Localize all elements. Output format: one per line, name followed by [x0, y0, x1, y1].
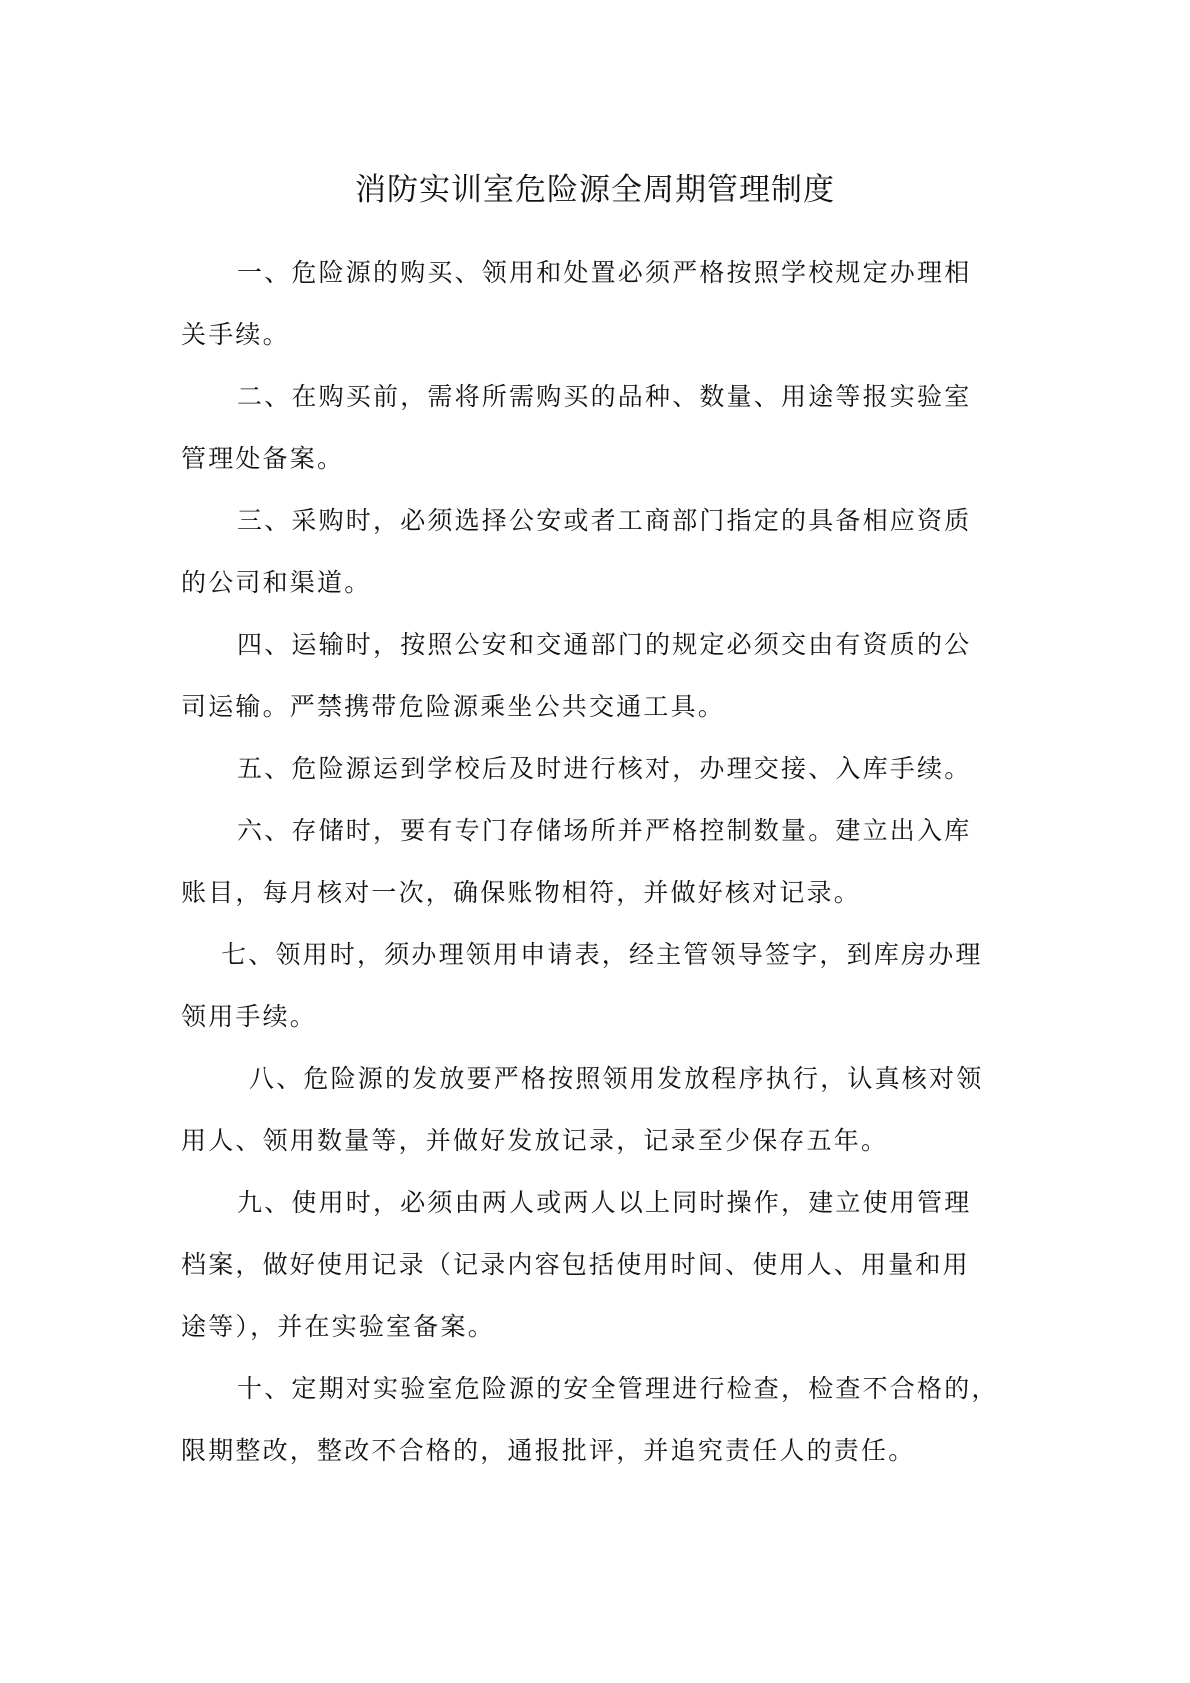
clause-4: 四、运输时，按照公安和交通部门的规定必须交由有资质的公 司运输。严禁携带危险源乘…	[181, 614, 1011, 738]
clause-10-line-1: 十、定期对实验室危险源的安全管理进行检查，检查不合格的，	[181, 1358, 1011, 1420]
clause-8: 八、危险源的发放要严格按照领用发放程序执行，认真核对领 用人、领用数量等，并做好…	[181, 1048, 1011, 1172]
clause-6-line-2: 账目，每月核对一次，确保账物相符，并做好核对记录。	[181, 862, 1011, 924]
clause-10: 十、定期对实验室危险源的安全管理进行检查，检查不合格的， 限期整改，整改不合格的…	[181, 1358, 1011, 1482]
clause-5: 五、危险源运到学校后及时进行核对，办理交接、入库手续。	[181, 738, 1011, 800]
clause-1: 一、危险源的购买、领用和处置必须严格按照学校规定办理相 关手续。	[181, 242, 1011, 366]
clause-2-line-1: 二、在购买前，需将所需购买的品种、数量、用途等报实验室	[181, 366, 1011, 428]
clause-2-line-2: 管理处备案。	[181, 428, 1011, 490]
document-page: 消防实训室危险源全周期管理制度 一、危险源的购买、领用和处置必须严格按照学校规定…	[0, 0, 1190, 1683]
clause-9-line-3: 途等），并在实验室备案。	[181, 1296, 1011, 1358]
document-body: 一、危险源的购买、领用和处置必须严格按照学校规定办理相 关手续。 二、在购买前，…	[181, 242, 1011, 1482]
clause-3-line-2: 的公司和渠道。	[181, 552, 1011, 614]
clause-7: 七、领用时，须办理领用申请表，经主管领导签字，到库房办理 领用手续。	[181, 924, 1011, 1048]
clause-6-line-1: 六、存储时，要有专门存储场所并严格控制数量。建立出入库	[181, 800, 1011, 862]
clause-4-line-2: 司运输。严禁携带危险源乘坐公共交通工具。	[181, 676, 1011, 738]
clause-3: 三、采购时，必须选择公安或者工商部门指定的具备相应资质 的公司和渠道。	[181, 490, 1011, 614]
clause-1-line-2: 关手续。	[181, 304, 1011, 366]
clause-5-line-1: 五、危险源运到学校后及时进行核对，办理交接、入库手续。	[181, 738, 1011, 800]
clause-8-line-2: 用人、领用数量等，并做好发放记录，记录至少保存五年。	[181, 1110, 1011, 1172]
clause-9-line-2: 档案，做好使用记录（记录内容包括使用时间、使用人、用量和用	[181, 1234, 1011, 1296]
clause-6: 六、存储时，要有专门存储场所并严格控制数量。建立出入库 账目，每月核对一次，确保…	[181, 800, 1011, 924]
clause-8-line-1: 八、危险源的发放要严格按照领用发放程序执行，认真核对领	[181, 1048, 1011, 1110]
clause-4-line-1: 四、运输时，按照公安和交通部门的规定必须交由有资质的公	[181, 614, 1011, 676]
clause-10-line-2: 限期整改，整改不合格的，通报批评，并追究责任人的责任。	[181, 1420, 1011, 1482]
clause-7-line-2: 领用手续。	[181, 986, 1011, 1048]
clause-3-line-1: 三、采购时，必须选择公安或者工商部门指定的具备相应资质	[181, 490, 1011, 552]
document-title: 消防实训室危险源全周期管理制度	[0, 170, 1190, 210]
clause-9: 九、使用时，必须由两人或两人以上同时操作，建立使用管理 档案，做好使用记录（记录…	[181, 1172, 1011, 1358]
clause-1-line-1: 一、危险源的购买、领用和处置必须严格按照学校规定办理相	[181, 242, 1011, 304]
clause-2: 二、在购买前，需将所需购买的品种、数量、用途等报实验室 管理处备案。	[181, 366, 1011, 490]
clause-7-line-1: 七、领用时，须办理领用申请表，经主管领导签字，到库房办理	[181, 924, 1011, 986]
clause-9-line-1: 九、使用时，必须由两人或两人以上同时操作，建立使用管理	[181, 1172, 1011, 1234]
